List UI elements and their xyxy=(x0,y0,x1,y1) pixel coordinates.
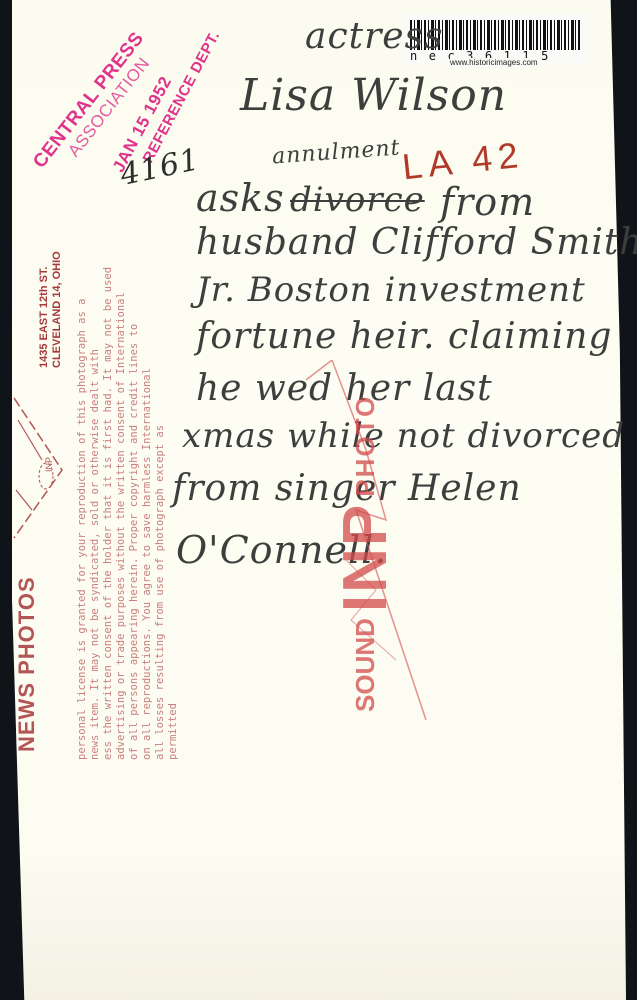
hand-name: Lisa Wilson xyxy=(240,70,507,121)
hand-divorce-struck: divorce xyxy=(290,180,425,220)
hand-line-boston: Jr. Boston investment xyxy=(196,270,586,310)
hand-actress: actress xyxy=(305,16,444,57)
license-text-block: personal license is granted for your rep… xyxy=(76,267,180,760)
license-line: all losses resulting from use of photogr… xyxy=(154,267,167,760)
inp-logo-text: INP xyxy=(44,457,54,472)
hand-line-husband: husband Clifford Smith xyxy=(196,222,637,263)
address-stamp: 1435 EAST 12th ST. CLEVELAND 14, OHIO xyxy=(38,251,64,368)
license-line: advertising or trade purposes without th… xyxy=(115,267,128,760)
sound-photo-stamp: SOUND INP PHOTO xyxy=(330,395,401,712)
address-line2: CLEVELAND 14, OHIO xyxy=(51,251,64,368)
sound-photo-word2: INP xyxy=(330,503,401,612)
license-line: permitted xyxy=(167,267,180,760)
sound-photo-word1: SOUND xyxy=(350,618,381,712)
license-line: ess the written consent of the holder th… xyxy=(102,267,115,760)
license-line: news item. It may not be syndicated, sol… xyxy=(89,267,102,760)
hand-from: from xyxy=(440,180,535,224)
hand-asks: asks xyxy=(196,176,285,220)
news-photos-stamp: NEWS PHOTOS xyxy=(14,576,40,752)
license-line: of all persons appearing herein. Proper … xyxy=(128,267,141,760)
sound-photo-word3: PHOTO xyxy=(350,395,381,497)
license-line: on all reproductions. You agree to save … xyxy=(141,267,154,760)
hand-line-fortune: fortune heir. claiming xyxy=(196,316,612,357)
inp-logo-icon: INP xyxy=(12,390,68,540)
address-line1: 1435 EAST 12th ST. xyxy=(38,251,51,368)
barcode-url: www.historicimages.com xyxy=(450,58,538,67)
license-line: personal license is granted for your rep… xyxy=(76,267,89,760)
